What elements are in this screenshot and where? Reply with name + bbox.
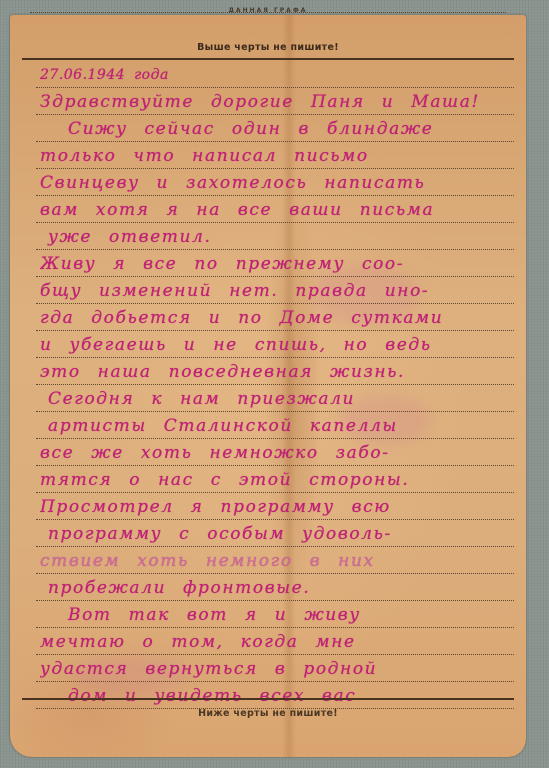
header-strip: ДАННАЯ ГРАФА	[30, 12, 506, 15]
letter-line: Сижу сейчас один в блиндаже	[40, 118, 512, 140]
letter-line: вам хотя я на все ваши письма	[40, 199, 512, 221]
letter-line: Сегодня к нам приезжали	[40, 388, 512, 410]
ruled-line: бщу изменений нет. правда ино-	[36, 277, 514, 304]
top-heavy-rule	[22, 58, 514, 60]
ruled-line: Сегодня к нам приезжали	[36, 385, 514, 412]
ruled-line: гда добьется и по Доме сутками	[36, 304, 514, 331]
letter-line: тятся о нас с этой стороны.	[40, 469, 512, 491]
letter-line: удастся вернуться в родной	[40, 658, 512, 680]
ruled-line: Здравствуйте дорогие Паня и Маша!	[36, 88, 514, 115]
ruled-line: все же хоть немножко забо-	[36, 439, 514, 466]
letter-line: Просмотрел я программу всю	[40, 496, 512, 518]
letter-line: бщу изменений нет. правда ино-	[40, 280, 512, 302]
ruled-line: тятся о нас с этой стороны.	[36, 466, 514, 493]
letter-date: 27.06.1944 года	[40, 64, 512, 86]
letter-paper: ДАННАЯ ГРАФА Выше черты не пишите! 27.06…	[10, 15, 526, 757]
ruled-line: удастся вернуться в родной	[36, 655, 514, 682]
ruled-line: артисты Сталинской капеллы	[36, 412, 514, 439]
ruled-line: вам хотя я на все ваши письма	[36, 196, 514, 223]
ruled-line: ствием хоть немного в них	[36, 547, 514, 574]
ruled-line: уже ответил.	[36, 223, 514, 250]
letter-line: и убегаешь и не спишь, но ведь	[40, 334, 512, 356]
ruled-line: Живу я все по прежнему соо-	[36, 250, 514, 277]
letter-line: Свинцеву и захотелось написать	[40, 172, 512, 194]
ruled-lines: 27.06.1944 года Здравствуйте дорогие Пан…	[36, 61, 514, 709]
letter-line: Живу я все по прежнему соо-	[40, 253, 512, 275]
letter-line: уже ответил.	[40, 226, 512, 248]
letter-line: артисты Сталинской капеллы	[40, 415, 512, 437]
letter-line: Здравствуйте дорогие Паня и Маша!	[40, 91, 512, 113]
letter-line: пробежали фронтовые.	[40, 577, 512, 599]
ruled-line: только что написал письмо	[36, 142, 514, 169]
ruled-line: Сижу сейчас один в блиндаже	[36, 115, 514, 142]
ruled-line: программу с особым удоволь-	[36, 520, 514, 547]
ruled-line: Вот так вот я и живу	[36, 601, 514, 628]
ruled-line: пробежали фронтовые.	[36, 574, 514, 601]
letter-line: мечтаю о том, когда мне	[40, 631, 512, 653]
ruled-line: это наша повседневная жизнь.	[36, 358, 514, 385]
letter-line: программу с особым удоволь-	[40, 523, 512, 545]
letter-line: гда добьется и по Доме сутками	[40, 307, 512, 329]
bottom-heavy-rule	[22, 698, 514, 700]
ruled-line: Свинцеву и захотелось написать	[36, 169, 514, 196]
caption-do-not-write-below: Ниже черты не пишите!	[10, 708, 526, 719]
letter-line: дом и увидеть всех вас	[40, 685, 512, 707]
ruled-line: мечтаю о том, когда мне	[36, 628, 514, 655]
ruled-line: Просмотрел я программу всю	[36, 493, 514, 520]
letter-line: только что написал письмо	[40, 145, 512, 167]
letter-line: Вот так вот я и живу	[40, 604, 512, 626]
letter-line: все же хоть немножко забо-	[40, 442, 512, 464]
ruled-line: 27.06.1944 года	[36, 61, 514, 88]
header-strip-label: ДАННАЯ ГРАФА	[229, 7, 308, 14]
ruled-line: и убегаешь и не спишь, но ведь	[36, 331, 514, 358]
ruled-line: дом и увидеть всех вас	[36, 682, 514, 709]
caption-do-not-write-above: Выше черты не пишите!	[10, 42, 526, 53]
letter-line: ствием хоть немного в них	[40, 550, 512, 572]
letter-line: это наша повседневная жизнь.	[40, 361, 512, 383]
